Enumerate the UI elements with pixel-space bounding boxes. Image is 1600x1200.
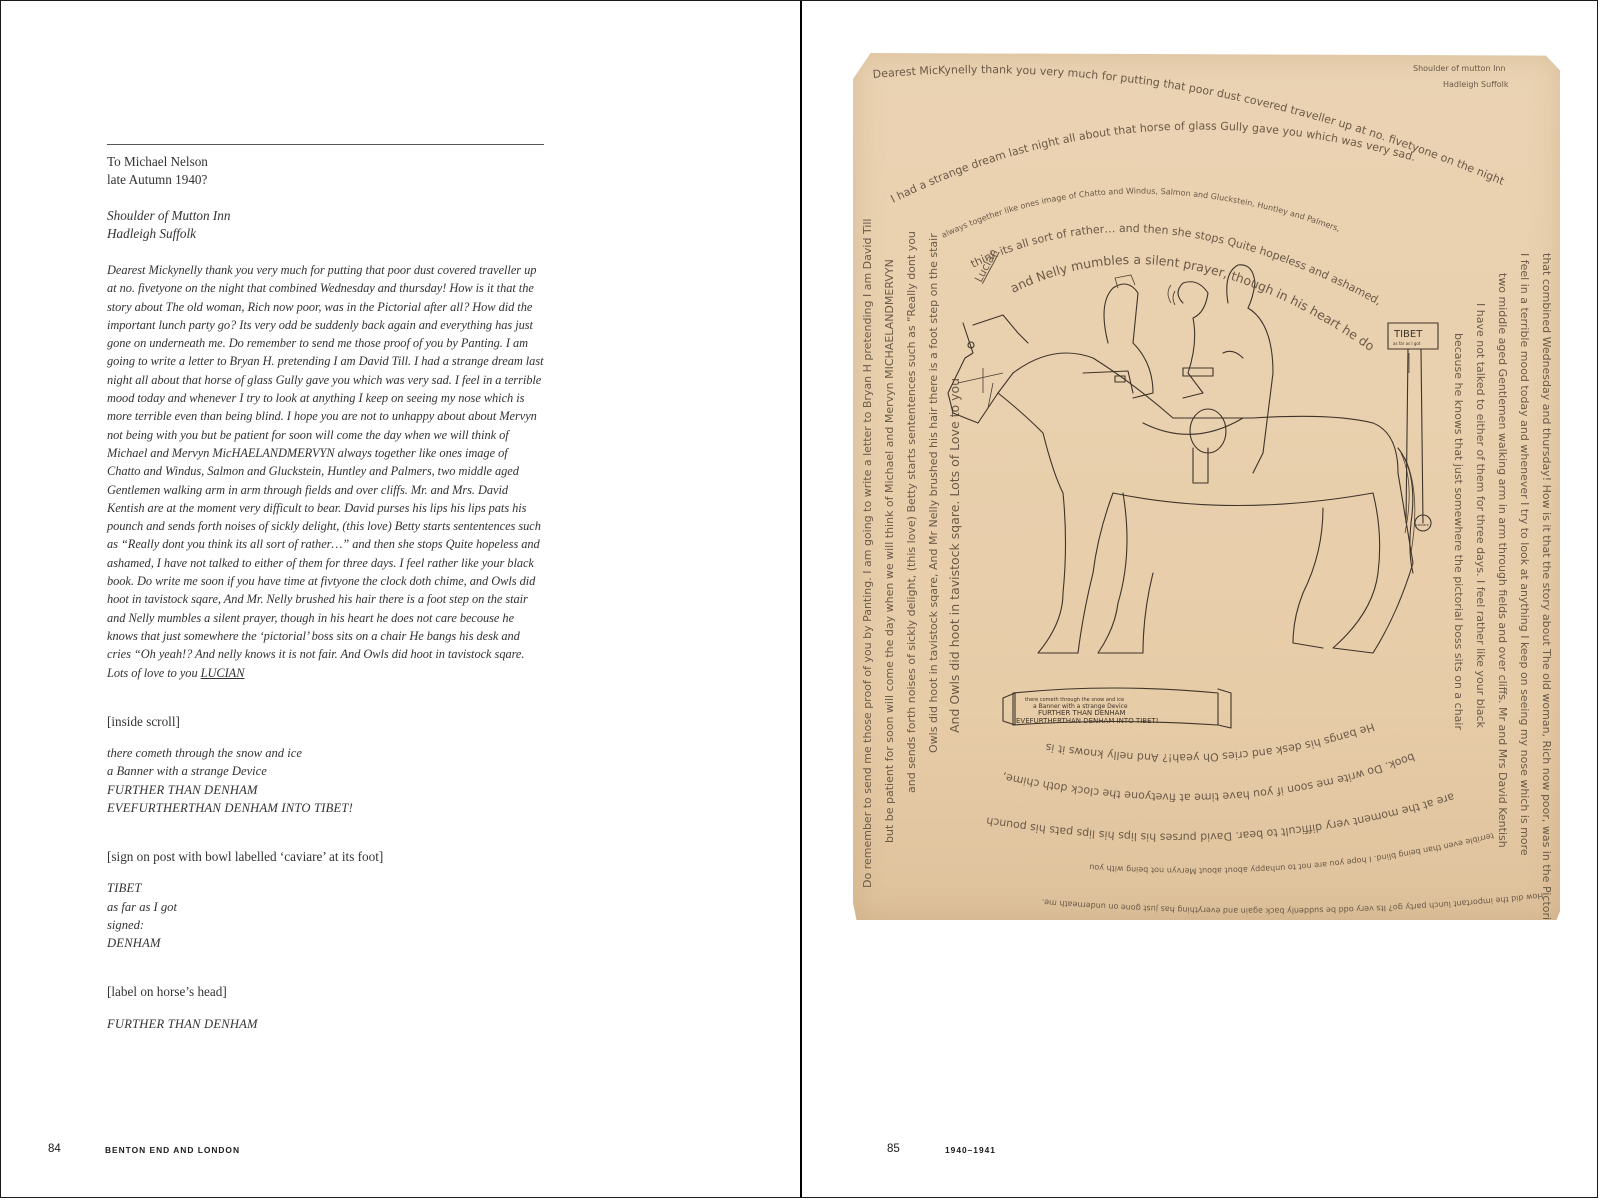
sign-line: signed: <box>107 916 544 934</box>
sign-text-small: as far as I got <box>1393 341 1421 346</box>
handwriting-left-col-1: Do remember to send me those proof of yo… <box>861 219 874 889</box>
recipient: To Michael Nelson <box>107 153 544 171</box>
horse-label: FURTHER THAN DENHAM <box>107 1015 544 1033</box>
scroll-note: [inside scroll] <box>107 713 544 731</box>
scroll-text-line: FURTHER THAN DENHAM <box>1038 709 1126 717</box>
scroll-line: there cometh through the snow and ice <box>107 744 544 762</box>
handwriting-left-col-5: And Owls did hoot in tavistock sqare. Lo… <box>947 378 962 733</box>
handwriting-right-col-1: that combined Wednesday and thursday! Ho… <box>1540 253 1553 920</box>
scroll-line: EVEFURTHERTHAN DENHAM INTO TIBET! <box>107 799 544 817</box>
sign-note: [sign on post with bowl labelled ‘caviar… <box>107 848 544 866</box>
sign-line: TIBET <box>107 879 544 897</box>
sign-text-tibet: TIBET <box>1393 329 1423 340</box>
address-line-1: Shoulder of Mutton Inn <box>107 207 544 225</box>
banner-scroll-illustration: there cometh through the snow and ice a … <box>1003 688 1231 728</box>
signoff: Lots of love to you LUCIAN <box>107 664 544 682</box>
letter-body: Dearest Mickynelly thank you very much f… <box>107 261 544 682</box>
handwriting-left-col-4: Owls did hoot in tavistock sqare, And Mr… <box>927 233 940 753</box>
handwriting-left-col-3: and sends forth noises of sickly delight… <box>905 231 918 793</box>
running-head-left: BENTON END AND LONDON <box>105 1145 240 1155</box>
horse-note: [label on horse’s head] <box>107 983 544 1001</box>
bowl-label: caviare <box>1416 523 1429 527</box>
sign-line: DENHAM <box>107 934 544 952</box>
handwriting-left-col-2: but be patient for soon will come the da… <box>883 259 896 843</box>
page-number-right: 85 <box>887 1143 900 1155</box>
left-page: To Michael Nelson late Autumn 1940? Shou… <box>1 1 800 1197</box>
letter-text: Dearest Mickynelly thank you very much f… <box>107 261 544 664</box>
scroll-line: FURTHER THAN DENHAM <box>107 781 544 799</box>
header-rule <box>107 144 544 145</box>
illustrated-letter-drawing: Dearest MicKynelly thank you very much f… <box>853 53 1560 920</box>
letter-transcription: To Michael Nelson late Autumn 1940? Shou… <box>107 144 544 1033</box>
handwriting-right-col-4: I have not talked to either of them for … <box>1474 303 1487 728</box>
scroll-text-line: EVEFURTHERTHAN DENHAM INTO TIBET! <box>1016 717 1159 725</box>
book-spread: To Michael Nelson late Autumn 1940? Shou… <box>0 0 1598 1198</box>
handwriting-address-1: Shoulder of mutton Inn <box>1413 64 1506 73</box>
address-line-2: Hadleigh Suffolk <box>107 225 544 243</box>
sign-line: as far as I got <box>107 898 544 916</box>
scroll-line: a Banner with a strange Device <box>107 762 544 780</box>
running-head-right: 1940–1941 <box>945 1145 996 1155</box>
handwriting-bottom-1: How did the important lunch party go? It… <box>1041 891 1544 915</box>
handwriting-address-2: Hadleigh Suffolk <box>1443 80 1509 89</box>
letter-date: late Autumn 1940? <box>107 171 544 189</box>
handwriting-right-col-2: I feel in a terrible mood today and when… <box>1518 253 1531 856</box>
signature-name: LUCIAN <box>201 666 245 680</box>
handwriting-right-col-5: because he knows that just somewhere the… <box>1452 333 1465 730</box>
handwriting-right-col-3: two middle aged Gentlemen walking arm in… <box>1496 273 1509 848</box>
drawing-svg: Dearest MicKynelly thank you very much f… <box>853 53 1560 920</box>
page-number-left: 84 <box>48 1143 61 1155</box>
